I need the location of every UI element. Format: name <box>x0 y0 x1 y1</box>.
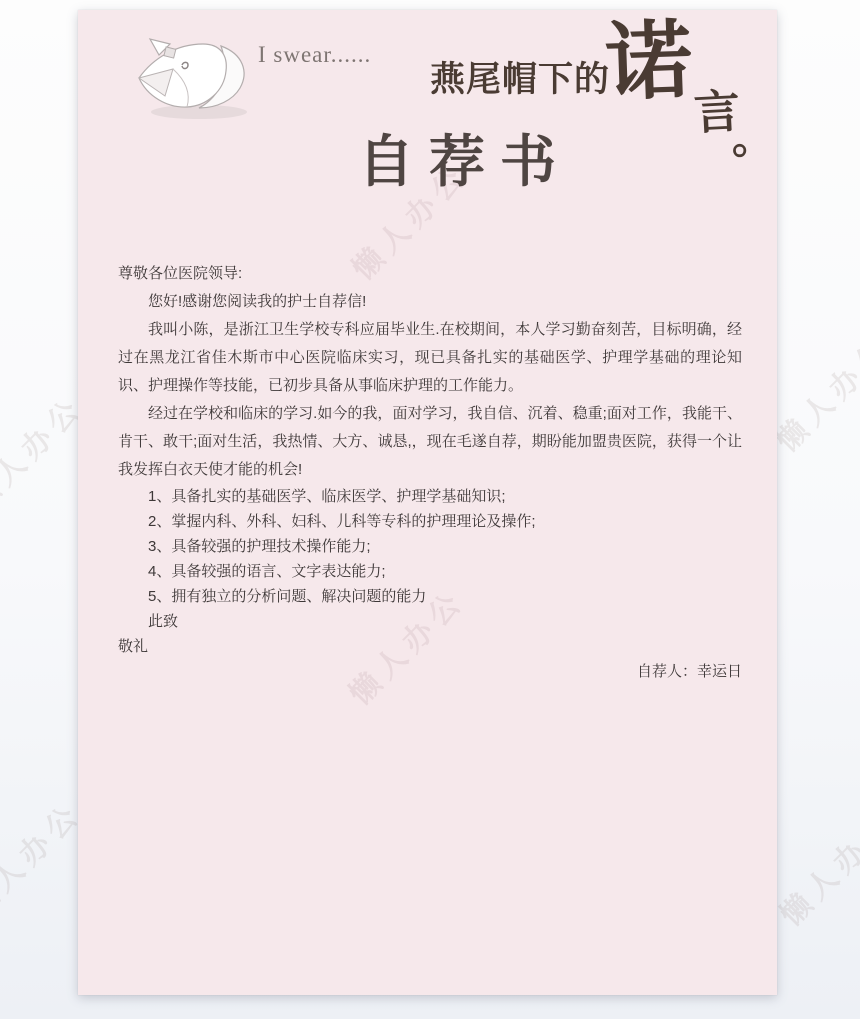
letter-page: 懒人办公 懒人办公 I swear...... 燕尾帽下的 诺 言 。 自荐书 <box>78 10 777 995</box>
nurse-cap-icon <box>125 28 257 127</box>
qualification-item: 5、拥有独立的分析问题、解决问题的能力 <box>118 584 742 609</box>
paragraph: 您好!感谢您阅读我的护士自荐信! <box>118 288 742 316</box>
paragraph: 经过在学校和临床的学习.如今的我，面对学习，我自信、沉着、稳重;面对工作，我能干… <box>118 400 742 484</box>
qualification-item: 3、具备较强的护理技术操作能力; <box>118 534 742 559</box>
tagline-period: 。 <box>732 106 774 166</box>
qualification-list: 1、具备扎实的基础医学、临床医学、护理学基础知识; 2、掌握内科、外科、妇科、儿… <box>118 484 742 609</box>
qualification-item: 1、具备扎实的基础医学、临床医学、护理学基础知识; <box>118 484 742 509</box>
canvas-background: 懒人办公 懒人办公 懒人办公 懒人办公 懒人办公 懒人办公 I swear...… <box>0 0 860 1019</box>
paragraph: 我叫小陈，是浙江卫生学校专科应届毕业生.在校期间，本人学习勤奋刻苦，目标明确，经… <box>118 316 742 400</box>
letter-body: 尊敬各位医院领导: 您好!感谢您阅读我的护士自荐信! 我叫小陈，是浙江卫生学校专… <box>118 260 742 684</box>
closing-zhici: 此致 <box>118 609 742 634</box>
tagline-prefix: 燕尾帽下的 <box>430 52 610 102</box>
qualification-item: 2、掌握内科、外科、妇科、儿科等专科的护理理论及操作; <box>118 509 742 534</box>
qualification-item: 4、具备较强的语言、文字表达能力; <box>118 559 742 584</box>
signature: 自荐人：幸运日 <box>118 659 742 684</box>
closing-jingli: 敬礼 <box>118 634 742 659</box>
watermark: 懒人办公 <box>764 324 860 460</box>
page-title: 自荐书 <box>358 132 571 194</box>
closing-block: 此致 敬礼 <box>118 609 742 659</box>
salutation: 尊敬各位医院领导: <box>118 260 742 288</box>
watermark: 懒人办公 <box>768 798 860 934</box>
tagline-big-char: 诺 <box>604 13 693 112</box>
i-swear-text: I swear...... <box>258 42 371 68</box>
watermark: 懒人办公 <box>0 790 90 926</box>
